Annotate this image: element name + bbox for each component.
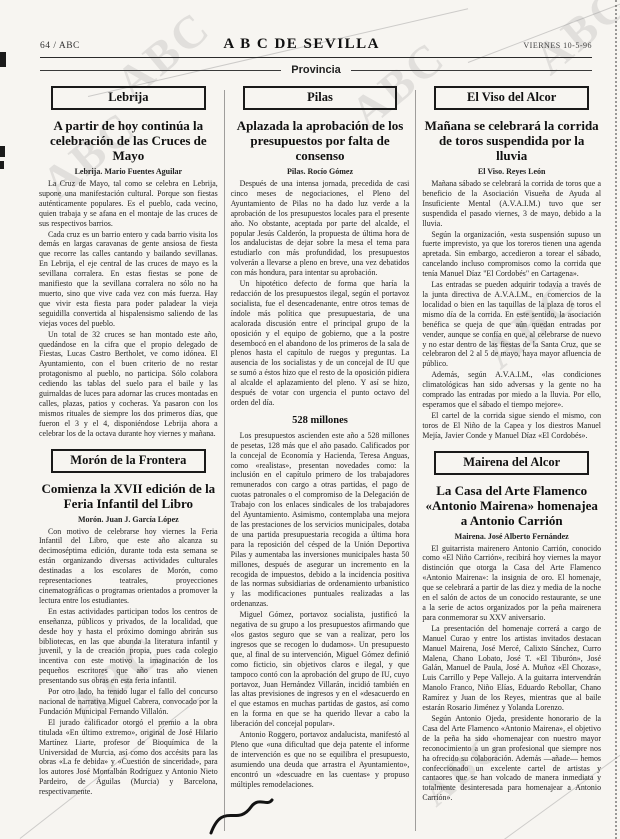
- body-paragraph: La presentación del homenaje correrá a c…: [422, 624, 601, 713]
- body-paragraph: Miguel Gómez, portavoz socialista, justi…: [231, 610, 410, 729]
- issue-date: VIERNES 10-5-96: [523, 41, 592, 50]
- body-paragraph: El cartel de la corrida sigue siendo el …: [422, 411, 601, 441]
- column-right: El Viso del Alcor Mañana se celebrará la…: [417, 86, 606, 839]
- body-paragraph: La Cruz de Mayo, tal como se celebra en …: [39, 179, 218, 229]
- body-paragraph: Según la organización, «esta suspensión …: [422, 230, 601, 280]
- section-box-viso: El Viso del Alcor: [434, 86, 589, 110]
- section-label-provincia: Provincia: [289, 64, 343, 76]
- article-pilas: Pilas Aplazada la aprobación de los pres…: [231, 86, 410, 789]
- body-paragraph: Además, según A.V.A.I.M., «las condicion…: [422, 370, 601, 410]
- byline-moron: Morón. Juan J. García López: [39, 515, 218, 524]
- body-paragraph: Según Antonio Ojeda, presidente honorari…: [422, 714, 601, 803]
- body-paragraph: Las entradas se pueden adquirir todavía …: [422, 280, 601, 369]
- byline-mairena: Mairena. José Alberto Fernández: [422, 532, 601, 541]
- byline-viso: El Viso. Reyes León: [422, 167, 601, 176]
- masthead-title: A B C DE SEVILLA: [223, 36, 380, 53]
- scan-edge-dotted-line: [615, 0, 617, 839]
- section-box-lebrija: Lebrija: [51, 86, 206, 110]
- body-paragraph: Cada cruz es un barrio entero y cada bar…: [39, 230, 218, 329]
- page-header: 64 / ABC A B C DE SEVILLA VIERNES 10-5-9…: [40, 36, 592, 58]
- column-divider: [415, 90, 416, 831]
- headline-pilas: Aplazada la aprobación de los presupuest…: [231, 118, 410, 163]
- byline-lebrija: Lebrija. Mario Fuentes Aguilar: [39, 167, 218, 176]
- article-moron: Morón de la Frontera Comienza la XVII ed…: [39, 449, 218, 797]
- subhead-528-millones: 528 millones: [231, 415, 410, 426]
- film-edge-mark: [0, 161, 4, 169]
- byline-pilas: Pilas. Rocío Gómez: [231, 167, 410, 176]
- headline-viso: Mañana se celebrará la corrida de toros …: [422, 118, 601, 163]
- body-paragraph: Antonio Roggero, portavoz andalucista, m…: [231, 730, 410, 789]
- page-number-label: 64 / ABC: [40, 41, 80, 51]
- body-paragraph: El jurado calificador otorgó el premio a…: [39, 718, 218, 797]
- article-viso: El Viso del Alcor Mañana se celebrará la…: [422, 86, 601, 441]
- article-lebrija: Lebrija A partir de hoy continúa la cele…: [39, 86, 218, 439]
- body-paragraph: Con motivo de celebrarse hoy viernes la …: [39, 527, 218, 606]
- section-box-pilas: Pilas: [243, 86, 398, 110]
- headline-mairena: La Casa del Arte Flamenco «Antonio Maire…: [422, 483, 601, 528]
- headline-lebrija: A partir de hoy continúa la celebración …: [39, 118, 218, 163]
- body-paragraph: Un total de 32 cruces se han montado est…: [39, 330, 218, 439]
- body-paragraph: Por otro lado, ha tenido lugar el fallo …: [39, 687, 218, 717]
- banner-rule-right: [351, 70, 592, 71]
- section-box-moron: Morón de la Frontera: [51, 449, 206, 473]
- column-left: Lebrija A partir de hoy continúa la cele…: [34, 86, 223, 839]
- body-paragraph: Los presupuestos ascienden este año a 52…: [231, 431, 410, 609]
- column-center: Pilas Aplazada la aprobación de los pres…: [226, 86, 415, 839]
- body-paragraph: En estas actividades participan todos lo…: [39, 607, 218, 686]
- section-banner: Provincia: [40, 64, 592, 76]
- body-paragraph: Mañana sábado se celebrará la corrida de…: [422, 179, 601, 229]
- article-mairena: Mairena del Alcor La Casa del Arte Flame…: [422, 451, 601, 804]
- banner-rule-left: [40, 70, 281, 71]
- section-box-mairena: Mairena del Alcor: [434, 451, 589, 475]
- column-divider: [224, 90, 225, 831]
- film-edge-mark: [0, 52, 6, 67]
- body-paragraph: El guitarrista mairenero Antonio Carrión…: [422, 544, 601, 623]
- body-paragraph: Un hipotético defecto de forma que haría…: [231, 279, 410, 408]
- headline-moron: Comienza la XVII edición de la Feria Inf…: [39, 481, 218, 511]
- film-edge-mark: [0, 146, 5, 157]
- body-paragraph: Después de una intensa jornada, precedid…: [231, 179, 410, 278]
- columns-container: Lebrija A partir de hoy continúa la cele…: [34, 86, 606, 839]
